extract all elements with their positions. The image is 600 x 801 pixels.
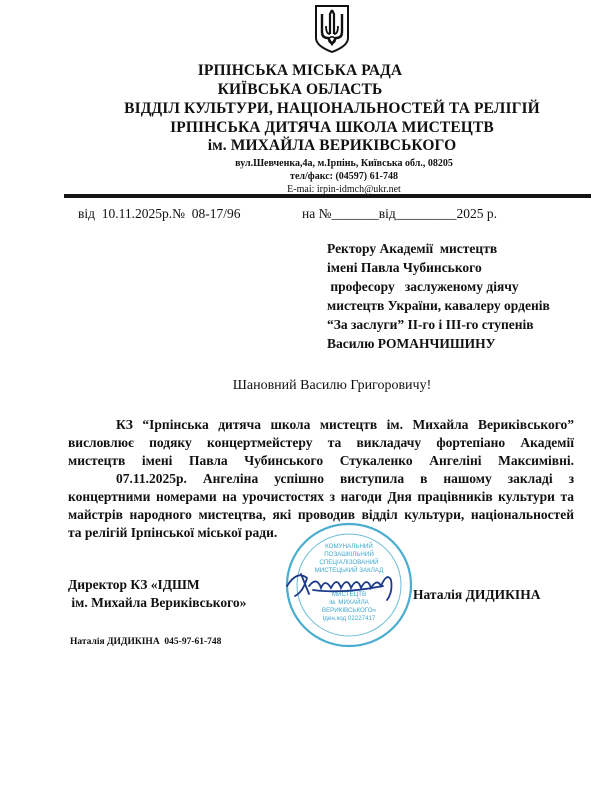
svg-text:СПЕЦІАЛІЗОВАНИЙ: СПЕЦІАЛІЗОВАНИЙ bbox=[319, 558, 378, 566]
addressee-line: професору заслуженому діячу bbox=[327, 277, 519, 297]
addressee-line: “За заслуги” ІІ-го і ІІІ-го ступенів bbox=[327, 315, 534, 335]
svg-text:ім. МИХАЙЛА: ім. МИХАЙЛА bbox=[329, 598, 369, 606]
header-region: КИЇВСЬКА ОБЛАСТЬ bbox=[0, 81, 600, 99]
header-school-name: ім. МИХАЙЛА ВЕРИКІВСЬКОГО bbox=[32, 137, 600, 155]
addressee-line: Ректору Академії мистецтв bbox=[327, 239, 497, 259]
header-department: ВІДДІЛ КУЛЬТУРИ, НАЦІОНАЛЬНОСТЕЙ ТА РЕЛІ… bbox=[32, 100, 600, 118]
body-line: мистецтв імені Павла Чубинського Стукале… bbox=[68, 452, 574, 471]
outgoing-reference: від 10.11.2025р.№ 08-17/96 bbox=[78, 206, 241, 222]
official-stamp: КОМУНАЛЬНИЙ ПОЗАШКІЛЬНИЙ СПЕЦІАЛІЗОВАНИЙ… bbox=[283, 520, 415, 650]
signer-position: ім. Михайла Вериківського» bbox=[68, 594, 246, 612]
header-divider bbox=[64, 194, 591, 198]
body-line: концертними номерами на урочистостях з н… bbox=[68, 488, 574, 507]
svg-text:ПОЗАШКІЛЬНИЙ: ПОЗАШКІЛЬНИЙ bbox=[324, 550, 374, 558]
svg-text:ВЕРИКІВСЬКОГО»: ВЕРИКІВСЬКОГО» bbox=[322, 607, 377, 614]
svg-text:КОМУНАЛЬНИЙ: КОМУНАЛЬНИЙ bbox=[325, 542, 373, 550]
contact-footer: Наталія ДИДИКІНА 045-97-61-748 bbox=[70, 637, 221, 647]
body-line: КЗ “Ірпінська дитяча школа мистецтв ім. … bbox=[116, 416, 574, 435]
header-school: ІРПІНСЬКА ДИТЯЧА ШКОЛА МИСТЕЦТВ bbox=[32, 119, 600, 137]
svg-text:Іден.код 02227417: Іден.код 02227417 bbox=[323, 615, 376, 622]
signer-position: Директор КЗ «ІДШМ bbox=[68, 576, 200, 594]
greeting: Шановний Василю Григоровичу! bbox=[32, 378, 600, 394]
trident-coat-of-arms-icon bbox=[314, 4, 350, 54]
header-address: вул.Шевченка,4а, м.Ірпінь, Київська обл.… bbox=[44, 157, 600, 170]
body-line: 07.11.2025р. Ангеліна успішно виступила … bbox=[116, 470, 574, 489]
signer-name: Наталія ДИДИКІНА bbox=[413, 586, 540, 604]
addressee-line: імені Павла Чубинського bbox=[327, 258, 482, 278]
incoming-reference: на №_______від_________2025 р. bbox=[302, 206, 497, 222]
header-phone: тел/факс: (04597) 61-748 bbox=[44, 170, 600, 183]
svg-text:МИСТЕЦЬКИЙ ЗАКЛАД: МИСТЕЦЬКИЙ ЗАКЛАД bbox=[315, 566, 384, 574]
addressee-line: мистецтв України, кавалеру орденів bbox=[327, 296, 550, 316]
addressee-name: Василю РОМАНЧИШИНУ bbox=[327, 334, 496, 354]
body-line: висловлює подяку концертмейстеру та викл… bbox=[68, 434, 574, 453]
header-city-council: ІРПІНСЬКА МІСЬКА РАДА bbox=[0, 62, 600, 80]
